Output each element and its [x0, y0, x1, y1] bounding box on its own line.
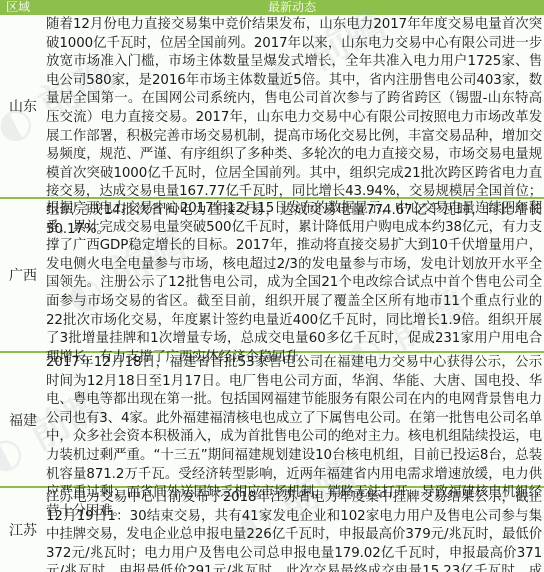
- header-news: 最新动态: [40, 0, 544, 15]
- news-cell: 随着12月份电力直接交易集中竞价结果发布，山东电力2017年年度交易电量首次突破…: [46, 15, 544, 197]
- table-row-guangxi: 广西 根据广西电力交易中心2017年12月15日发布的数据显示，中心交易电量连续…: [0, 199, 544, 353]
- region-cell: 福建: [0, 353, 46, 486]
- region-cell: 江苏: [0, 488, 46, 572]
- region-cell: 广西: [0, 199, 46, 351]
- table-row-fujian: 福建 2017年12月18日，福建省首批53家售电公司在福建电力交易中心获得公示…: [0, 353, 544, 488]
- news-cell: 根据广西电力交易中心2017年12月15日发布的数据显示，中心交易电量连续四年翻…: [46, 199, 544, 351]
- header-region: 区域: [0, 0, 40, 15]
- table-row-shandong: 山东 随着12月份电力直接交易集中竞价结果发布，山东电力2017年年度交易电量首…: [0, 15, 544, 199]
- table-header: 区域 最新动态: [0, 0, 544, 15]
- news-cell: 2017年12月18日，福建省首批53家售电公司在福建电力交易中心获得公示，公示…: [46, 353, 544, 486]
- table-row-jiangsu: 江苏 江苏电力交易中心日前发布了2018年江苏省电力年度集中挂牌交易结果公示，截…: [0, 488, 544, 572]
- news-cell: 江苏电力交易中心日前发布了2018年江苏省电力年度集中挂牌交易结果公示，截止12…: [46, 488, 544, 572]
- news-table: ◐ 前瞻 ◐ 前瞻 ◐ 前瞻 ◐ 前瞻 ◐ 前瞻 ◐ 前瞻 区域 最新动态 山东…: [0, 0, 544, 572]
- region-cell: 山东: [0, 15, 46, 197]
